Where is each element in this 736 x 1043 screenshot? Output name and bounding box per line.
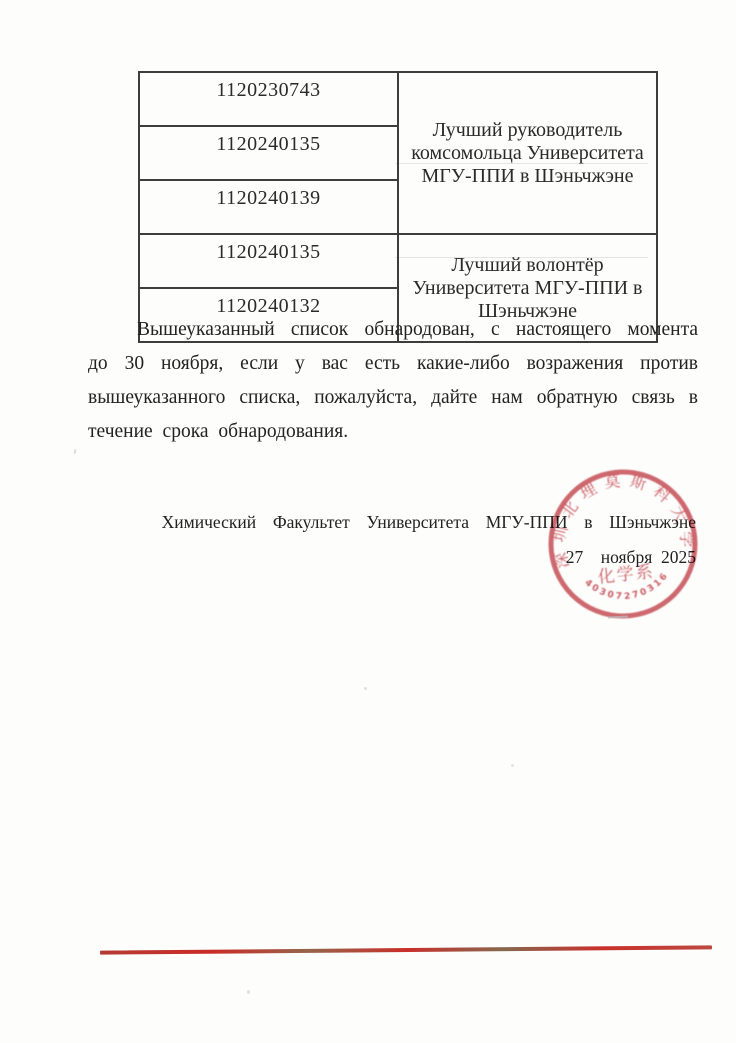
student-id-cell: 1120240139 [139, 180, 398, 234]
award-title-cell: Лучший руководитель комсомольца Универси… [398, 72, 657, 234]
paragraph-line: Вышеуказанный список обнародован, с наст… [88, 313, 698, 347]
scanned-document-page: 1120230743 Лучший руководитель комсомоль… [0, 0, 736, 1043]
body-paragraph: Вышеуказанный список обнародован, с наст… [88, 313, 698, 449]
scan-speck [247, 990, 250, 994]
awards-table: 1120230743 Лучший руководитель комсомоль… [138, 71, 658, 343]
table-row: 1120230743 Лучший руководитель комсомоль… [139, 72, 657, 126]
scan-speck [364, 687, 367, 690]
student-id-cell: 1120240135 [139, 126, 398, 180]
table-row: 1120240135 Лучший волонтёр Университета … [139, 234, 657, 288]
scan-speck [73, 449, 76, 454]
paragraph-line: до 30 ноября, если у вас есть какие-либо… [88, 347, 698, 381]
official-red-stamp: 深圳北理莫斯科大学 化学系 4403072703160 [535, 456, 711, 632]
stamp-department-text: 化学系 [597, 562, 656, 588]
scan-ghost-line [395, 163, 648, 164]
paragraph-line: вышеуказанного списка, пожалуйста, дайте… [88, 381, 698, 415]
scan-ghost-line [395, 257, 648, 258]
student-id-cell: 1120230743 [139, 72, 398, 126]
student-id-cell: 1120240135 [139, 234, 398, 288]
paragraph-line: течение срока обнародования. [88, 415, 698, 449]
scan-speck [511, 764, 514, 767]
stamp-arc-text: 深圳北理莫斯科大学 [542, 464, 698, 571]
footer-divider-line [100, 945, 712, 954]
